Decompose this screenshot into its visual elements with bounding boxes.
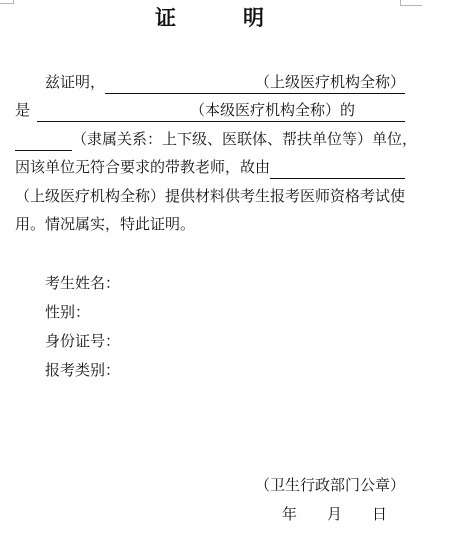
fill-in-blank-upper-org[interactable] [105, 74, 255, 94]
body-text-is: 是 [15, 101, 30, 122]
body-line-5: （上级医疗机构全称）提供材料供考生报考医师资格考试使 [15, 179, 405, 208]
signature-block: （卫生行政部门公章） 年 月 日 [15, 472, 405, 530]
document-title: 证 明 [15, 5, 405, 32]
official-seal-placeholder: （卫生行政部门公章） [15, 472, 405, 501]
body-text-relationship: （隶属关系：上下级、医联体、帮扶单位等）单位， [72, 130, 417, 151]
certificate-document-page: 证 明 兹证明， （上级医疗机构全称） 是 （本级医疗机构全称）的 （隶属关系：… [0, 0, 469, 559]
body-text-reason: 因该单位无符合要求的带教老师，故由 [15, 158, 270, 179]
body-line-3: （隶属关系：上下级、医联体、帮扶单位等）单位， [15, 122, 405, 151]
body-line-6: 用。情况属实，特此证明。 [15, 208, 405, 237]
fill-in-blank-relationship[interactable] [15, 131, 72, 151]
body-text-closing: 用。情况属实，特此证明。 [15, 215, 195, 236]
text-boundary-corner-mark-left [0, 0, 14, 4]
body-line-2: 是 （本级医疗机构全称）的 [15, 94, 405, 123]
fill-in-blank-issuer[interactable] [270, 159, 405, 179]
fill-in-blank-trailing[interactable] [355, 102, 405, 122]
body-text-own-org-hint: （本级医疗机构全称）的 [190, 101, 355, 122]
body-text-purpose: （上级医疗机构全称）提供材料供考生报考医师资格考试使 [15, 187, 405, 208]
body-text-prefix: 兹证明， [15, 73, 105, 94]
field-candidate-name: 考生姓名： [45, 270, 405, 299]
fill-in-blank-own-org[interactable] [37, 102, 190, 122]
body-line-4: 因该单位无符合要求的带教老师，故由 [15, 151, 405, 180]
date-line: 年 月 日 [15, 501, 405, 530]
candidate-fields: 考生姓名： 性别： 身份证号： 报考类别： [15, 270, 405, 386]
field-exam-category: 报考类别： [45, 357, 405, 386]
field-gender: 性别： [45, 299, 405, 328]
certificate-body-paragraph: 兹证明， （上级医疗机构全称） 是 （本级医疗机构全称）的 （隶属关系：上下级、… [15, 65, 405, 236]
field-id-number: 身份证号： [45, 328, 405, 357]
body-line-1: 兹证明， （上级医疗机构全称） [15, 65, 405, 94]
body-text-upper-org-hint: （上级医疗机构全称） [255, 73, 405, 94]
